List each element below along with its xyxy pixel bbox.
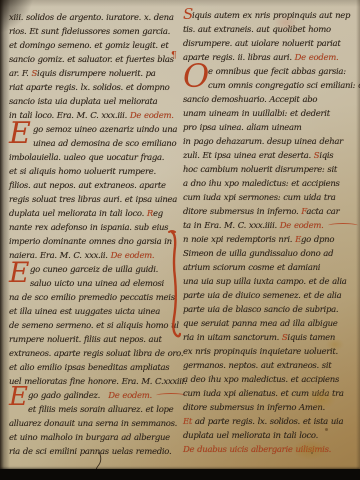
- text-line: germanos. neptos. aut extraneos. sit: [183, 359, 337, 373]
- text-line: n noie xpi redemptoris nri. Ego dpno: [183, 233, 337, 247]
- text-column-left: xiii. solidos de argento. iuratore. x. d…: [9, 11, 171, 459]
- text-line: Ego semoz uineo azenariz uindo una: [9, 123, 171, 137]
- body-text: et filiis meis sorain alluarez. et lope: [28, 405, 173, 415]
- body-text: eg: [153, 209, 163, 219]
- rubric-line-filler: [328, 223, 358, 228]
- text-line: xiii. solidos de argento. iuratore. x. d…: [9, 11, 171, 25]
- text-line: cum iuda xpi alienatus. et cum uida tra: [183, 387, 337, 401]
- body-text: ex nris propinquis inquietare uoluerit.: [183, 347, 338, 357]
- text-line: Ego cuneo garceiz de uilla guidi.: [9, 263, 171, 277]
- body-text: Simeon de uilla gundissaluo dono ad: [183, 249, 333, 259]
- body-text: parte uia de diuico semenez. et de alia: [183, 291, 341, 301]
- text-line: ar. F. Siquis disrumpere noluerit. pa: [9, 67, 171, 81]
- text-line: ex nris propinquis inquietare uoluerit.: [183, 345, 337, 359]
- body-text: sancio gomiz. et saluator. et fuertes bl…: [9, 55, 174, 65]
- body-text: cum iuda xpi alienatus. et cum uida tra: [183, 389, 344, 399]
- illuminated-initial: E: [9, 386, 28, 409]
- body-text: alluarez donauit una serna in semmanos.: [9, 419, 177, 429]
- text-column-right: Siquis autem ex nris propinquis aut nept…: [183, 9, 337, 457]
- body-text: germanos. neptos. aut extraneos. sit: [183, 361, 331, 371]
- manuscript-photo: xiii. solidos de argento. iuratore. x. d…: [0, 0, 360, 480]
- text-line: Ego gado galindez. De eodem.: [9, 389, 171, 403]
- illuminated-initial: E: [9, 120, 31, 147]
- text-line: a deo ihu xpo maledictus. et accipiens: [183, 373, 337, 387]
- text-line: et domingo semeno. et gomiz leugit. et: [9, 39, 171, 53]
- text-line: de semeno sermeno. et si aliquis homo ul: [9, 319, 171, 333]
- text-line: duplata uel meliorata in tali loco.: [183, 429, 337, 443]
- body-text: a dno ihu xpo maledictus: et accipiens: [183, 179, 340, 189]
- text-line: regis soluat tres libras auri. et ipsa u…: [9, 193, 171, 207]
- text-line: atrium sciorum cosme et damiani: [183, 261, 337, 275]
- text-line: et si aliquis homo uoluerit rumpere.: [9, 165, 171, 179]
- body-text: ditore submersus in inferno Amen.: [183, 403, 325, 413]
- text-line: una uia sup uilla iuxta campo. et de ali…: [183, 275, 337, 289]
- text-line: cum iuda xpi sermones: cum uida tra: [183, 191, 337, 205]
- text-line: et alio emilio ipsas beneditas ampliatas: [9, 361, 171, 375]
- body-text: una uia sup uilla iuxta campo. et de ali…: [183, 277, 347, 287]
- body-text: go cuneo garceiz de uilla guidi.: [30, 265, 158, 275]
- text-line: duplata uel meliorata in tali loco. Reg: [9, 207, 171, 221]
- body-text: iquis tamen: [287, 333, 335, 343]
- text-line: ria in uitam sanctorum. Siquis tamen: [183, 331, 337, 345]
- body-text: extraneos. aparte regis soluat libra de …: [9, 349, 183, 359]
- rubric-text: De duabus uicis albergarie uilisimis.: [183, 445, 331, 455]
- rubric-text: De eodem.: [111, 251, 155, 261]
- body-text: ar. F.: [9, 69, 31, 79]
- rubric-line-filler: [156, 393, 186, 398]
- text-line: et filiis meis sorain alluarez. et lope: [9, 403, 171, 417]
- body-text: uinea ad demosina de sco emiliano: [33, 139, 176, 149]
- body-text: regis soluat tres libras auri. et ipsa u…: [9, 195, 177, 205]
- body-text: hoc cambium noluerit disrumpere: sit: [183, 165, 337, 175]
- illuminated-initial: S: [183, 8, 193, 22]
- body-text: et si aliquis homo uoluerit rumpere.: [9, 167, 156, 177]
- body-text: pro ipsa uinea. aliam uineam: [183, 123, 302, 133]
- text-line: hoc cambium noluerit disrumpere: sit: [183, 163, 337, 177]
- body-text: ad parte regis. lx. solidos. et ista uia: [192, 417, 343, 427]
- text-line: extraneos. aparte regis soluat libra de …: [9, 347, 171, 361]
- photo-black-border: [0, 469, 360, 480]
- rubric-text: De eodem.: [295, 53, 339, 63]
- body-text: in pago dehazarum. desup uinea dehar: [183, 137, 343, 147]
- text-line: rios. Et sunt fideiussores somen garcia.: [9, 25, 171, 39]
- text-line: filios. aut nepos. aut extraneos. aparte: [9, 179, 171, 193]
- body-text: ria in uitam sanctorum.: [183, 333, 282, 343]
- body-text: saluo uicto una uinea ad elemosi: [30, 279, 164, 289]
- text-line: a dno ihu xpo maledictus: et accipiens: [183, 177, 337, 191]
- rubric-text: Et: [183, 417, 192, 427]
- body-text: duplata uel meliorata in tali loco.: [9, 209, 147, 219]
- body-text: e omnibus que fecit abbas garsia:: [208, 67, 346, 77]
- text-line: in pago dehazarum. desup uinea dehar: [183, 135, 337, 149]
- body-text: que seruiat panna mea ad illa albigue: [183, 319, 338, 329]
- text-line: sancio demoshuario. Accepit abo: [183, 93, 337, 107]
- body-text: acta car: [306, 207, 339, 217]
- text-line: uel melioratas fine honore. Era. M. C.xx…: [9, 375, 171, 389]
- body-text: go semoz uineo azenariz uindo una: [33, 125, 177, 135]
- body-text: na de sco emilio premedio peccatis meis.: [9, 293, 177, 303]
- body-text: ta in Era. M. C. xxx.iiii.: [183, 221, 280, 231]
- body-text: atrium sciorum cosme et damiani: [183, 263, 320, 273]
- text-line: parte uia de diuico semenez. et de alia: [183, 289, 337, 303]
- text-line: riat aparte regis. lx. solidos. et dompn…: [9, 81, 171, 95]
- text-line: alluarez donauit una serna in semmanos.: [9, 417, 171, 431]
- body-text: imbolauiella. ualeo que uocatur fraga.: [9, 153, 164, 163]
- body-text: de semeno sermeno. et si aliquis homo ul: [9, 321, 179, 331]
- text-line: rumpere noluerit. filiis aut nepos. aut: [9, 333, 171, 347]
- body-text: filios. aut nepos. aut extraneos. aparte: [9, 181, 166, 191]
- text-line: ria de sci emilini pannas uelas remedio.: [9, 445, 171, 459]
- text-line: imbolauiella. ualeo que uocatur fraga.: [9, 151, 171, 165]
- body-text: disrumpere. aut uiolare noluerit pariat: [183, 39, 340, 49]
- body-text: sancio ista uia duplata uel meliorata: [9, 97, 157, 107]
- text-line: Simeon de uilla gundissaluo dono ad: [183, 247, 337, 261]
- text-line: ditore submersus in inferno. Facta car: [183, 205, 337, 219]
- body-text: tis. aut extraneis. aut quolibet homo: [183, 25, 331, 35]
- body-text: xiii. solidos de argento. iuratore. x. d…: [9, 13, 174, 23]
- text-line: in tali loco. Era. M. C. xxx.iii. De eod…: [9, 109, 171, 123]
- text-line: ta in Era. M. C. xxx.iiii. De eodem.: [183, 219, 337, 233]
- body-text: et domingo semeno. et gomiz leugit. et: [9, 41, 168, 51]
- text-line: De duabus uicis albergarie uilisimis.: [183, 443, 337, 457]
- body-text: iqis: [319, 151, 333, 161]
- rubric-text: De eodem.: [130, 111, 174, 121]
- body-text: go dpno: [301, 235, 334, 245]
- text-line: Siquis autem ex nris propinquis aut nep: [183, 9, 337, 23]
- body-text: riat aparte regis. lx. solidos. et dompn…: [9, 83, 169, 93]
- text-line: nante rex adefonso in ispania. sub eius: [9, 221, 171, 235]
- body-text: zuli. Et ipsa uinea erat deserta.: [183, 151, 314, 161]
- body-text: rios. Et sunt fideiussores somen garcia.: [9, 27, 170, 37]
- illuminated-initial: O: [183, 62, 209, 91]
- body-text: cum iuda xpi sermones: cum uida tra: [183, 193, 336, 203]
- initial-i-flourish: [165, 229, 181, 341]
- text-line: pro ipsa uinea. aliam uineam: [183, 121, 337, 135]
- text-line: ditore submersus in inferno Amen.: [183, 401, 337, 415]
- text-line: unam uineam in uuillalbi: et dederit: [183, 107, 337, 121]
- body-text: ria de sci emilini pannas uelas remedio.: [9, 447, 171, 457]
- body-text: ditore submersus in inferno.: [183, 207, 301, 217]
- text-line: imperio dominante omnes dno garsia in: [9, 235, 171, 249]
- body-text: duplata uel meliorata in tali loco.: [183, 431, 318, 441]
- body-text: sancio demoshuario. Accepit abo: [183, 95, 317, 105]
- body-text: nante rex adefonso in ispania. sub eius: [9, 223, 168, 233]
- body-text: imperio dominante omnes dno garsia in: [9, 237, 172, 247]
- text-line: et illa uinea est uuggates uicta uinea: [9, 305, 171, 319]
- text-line: disrumpere. aut uiolare noluerit pariat: [183, 37, 337, 51]
- body-text: iquis autem ex nris propinquis aut nep: [192, 11, 350, 21]
- text-line: Oe omnibus que fecit abbas garsia:: [183, 65, 337, 79]
- text-line: sancio gomiz. et saluator. et fuertes bl…: [9, 53, 171, 67]
- paragraph-mark: ¶: [171, 52, 177, 61]
- rubric-text: De eodem.: [280, 221, 324, 231]
- body-text: et illa uinea est uuggates uicta uinea: [9, 307, 160, 317]
- body-text: a deo ihu xpo maledictus. et accipiens: [183, 375, 339, 385]
- body-text: parte uia de blasco sancio de subripa.: [183, 305, 338, 315]
- body-text: et alio emilio ipsas beneditas ampliatas: [9, 363, 169, 373]
- text-line: Et ad parte regis. lx. solidos. et ista …: [183, 415, 337, 429]
- illuminated-initial: E: [9, 260, 29, 285]
- text-line: tis. aut extraneis. aut quolibet homo: [183, 23, 337, 37]
- text-line: sancio ista uia duplata uel meliorata: [9, 95, 171, 109]
- text-line: naiera. Era. M. C. xxx.ii. De eodem.: [9, 249, 171, 263]
- text-line: uinea ad demosina de sco emiliano: [9, 137, 171, 151]
- body-text: unam uineam in uuillalbi: et dederit: [183, 109, 330, 119]
- text-line: parte uia de blasco sancio de subripa.: [183, 303, 337, 317]
- body-text: et uino malholo in burgara ad albergue: [9, 433, 170, 443]
- body-text: uel melioratas fine honore. Era. M. C.xx…: [9, 377, 187, 387]
- body-text: iquis disrumpere noluerit. pa: [37, 69, 156, 79]
- body-text: go gado galindez.: [28, 391, 108, 401]
- body-text: n noie xpi redemptoris nri.: [183, 235, 295, 245]
- text-line: que seruiat panna mea ad illa albigue: [183, 317, 337, 331]
- rubric-text: De eodem.: [108, 391, 152, 401]
- body-text: cum omnis congregatio sci emiliani: cum: [208, 81, 360, 91]
- body-text: rumpere noluerit. filiis aut nepos. aut: [9, 335, 162, 345]
- text-line: et uino malholo in burgara ad albergue: [9, 431, 171, 445]
- text-line: saluo uicto una uinea ad elemosi: [9, 277, 171, 291]
- text-line: na de sco emilio premedio peccatis meis.: [9, 291, 171, 305]
- text-line: zuli. Et ipsa uinea erat deserta. Siqis: [183, 149, 337, 163]
